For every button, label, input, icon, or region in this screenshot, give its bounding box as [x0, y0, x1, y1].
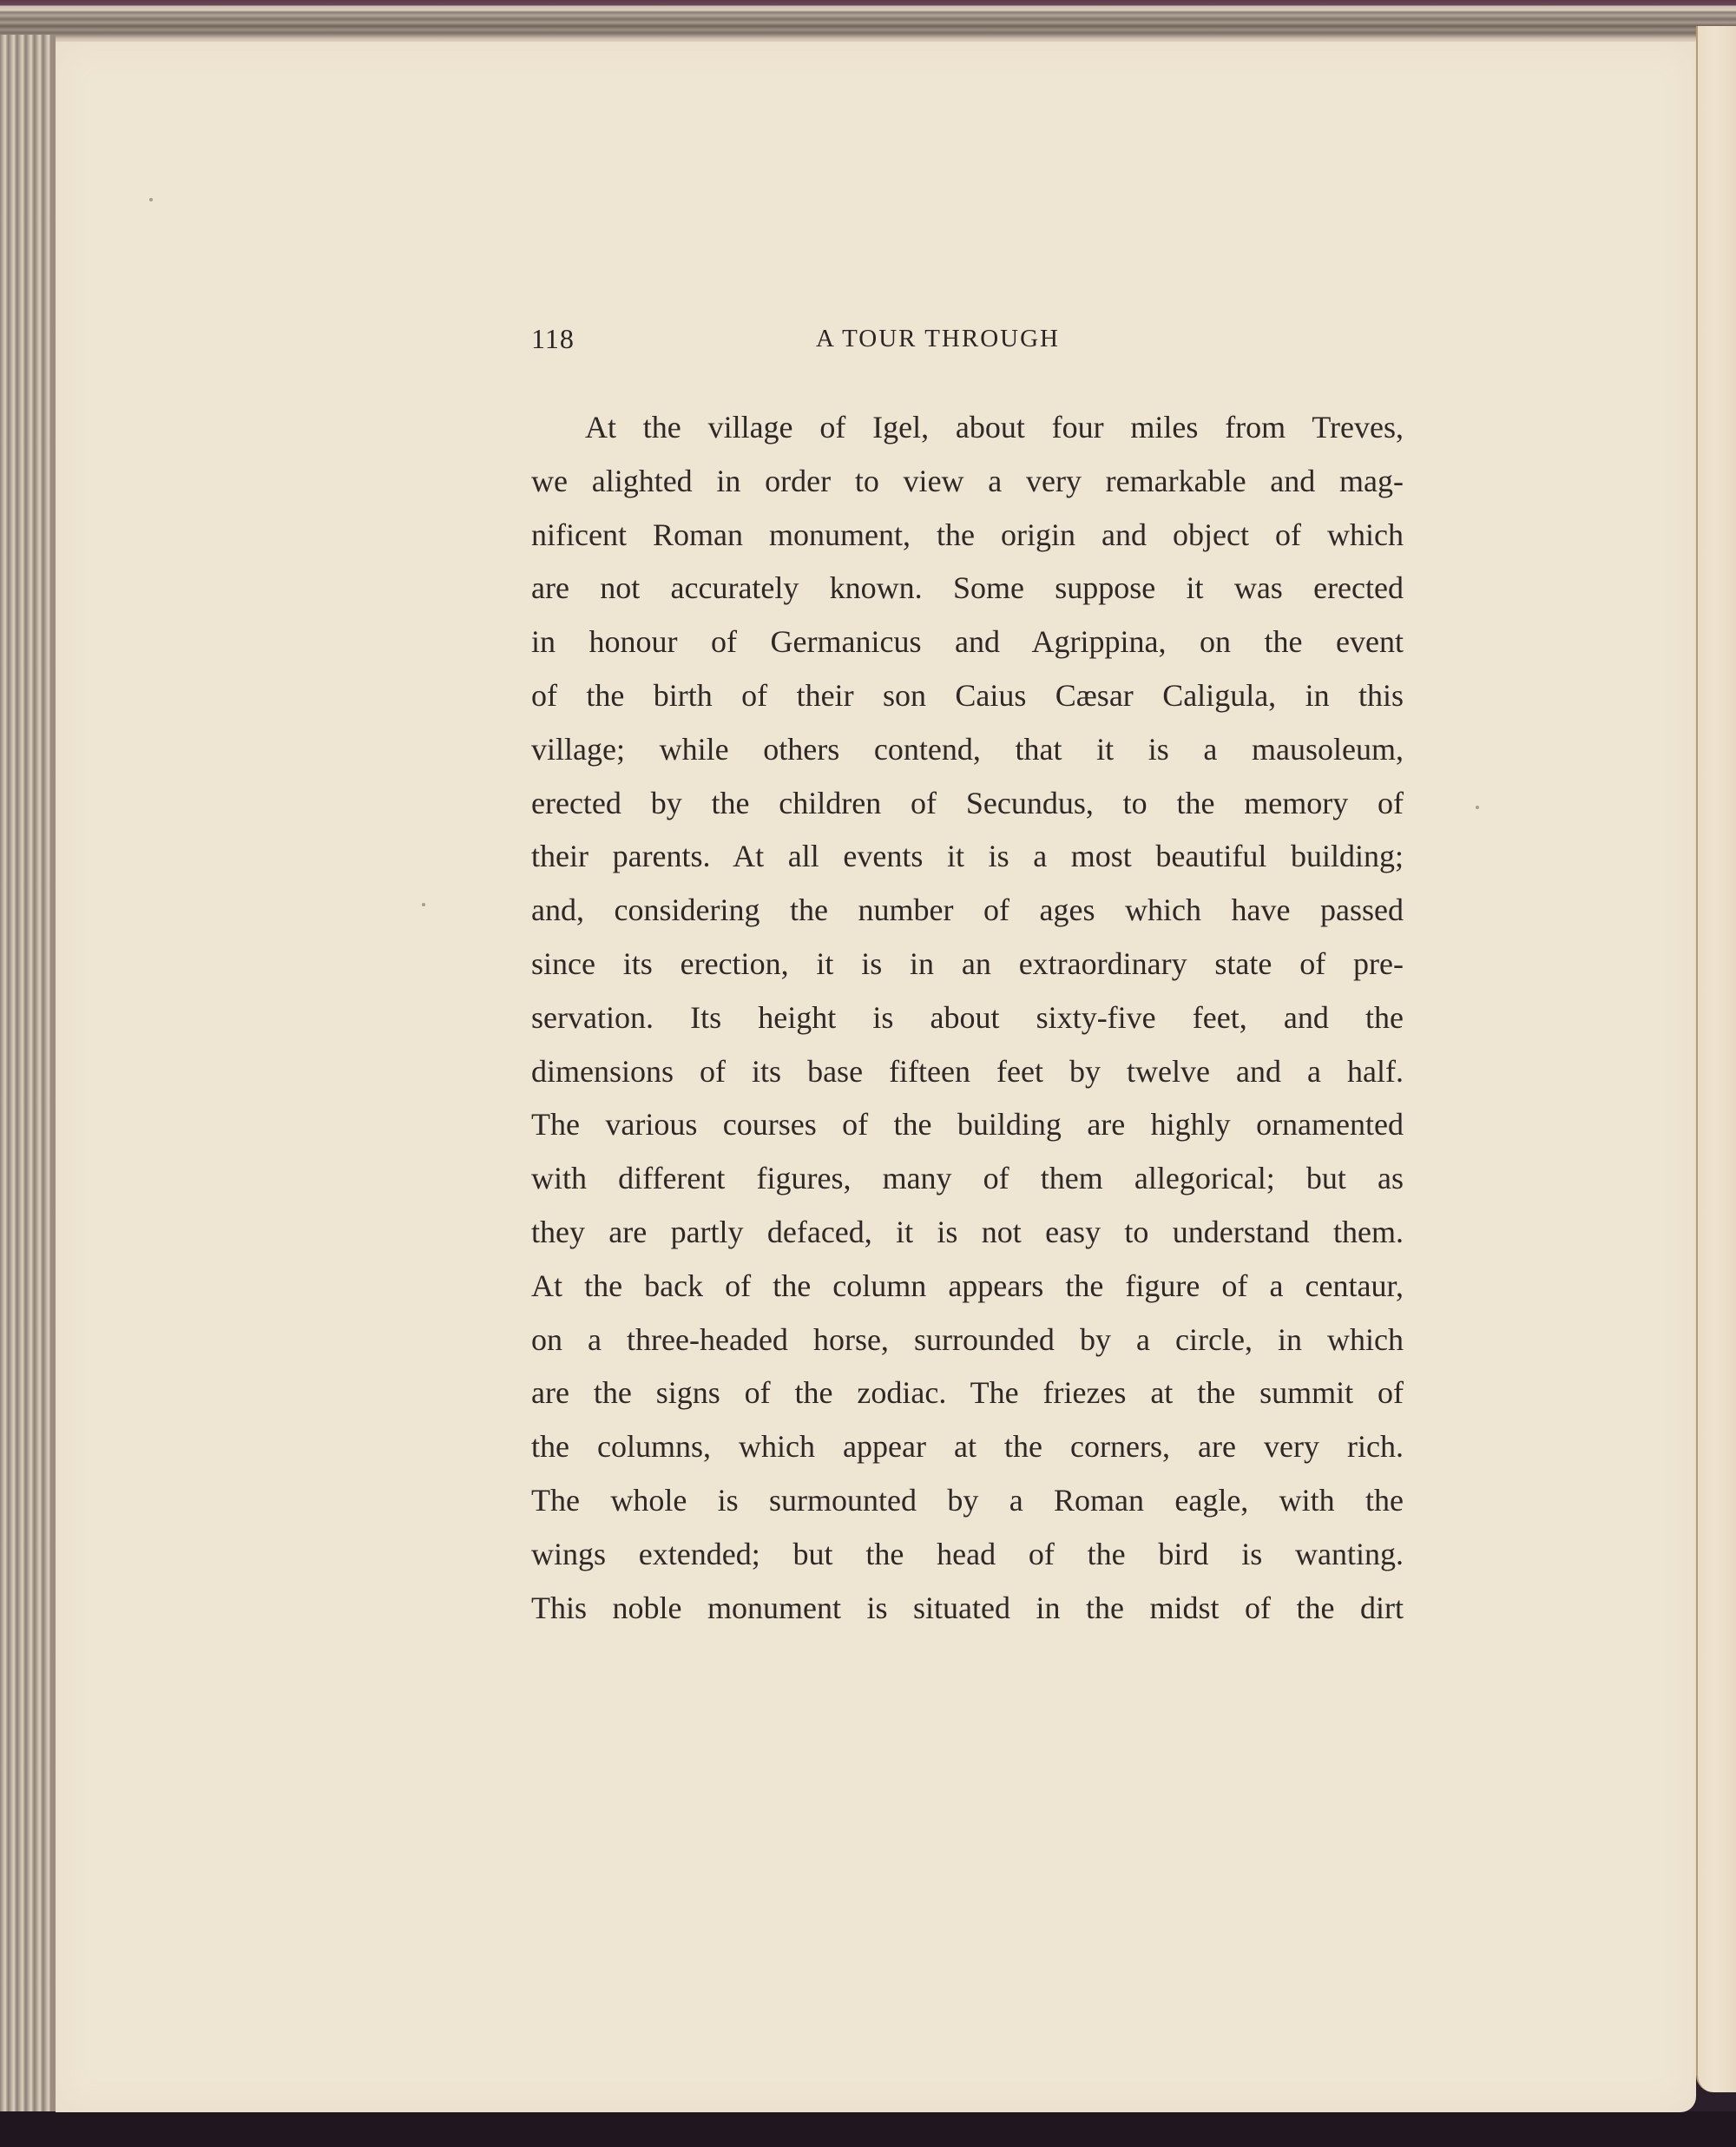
text-line: they are partly defaced, it is not easy …: [531, 1206, 1404, 1260]
text-line: nificent Roman monument, the origin and …: [531, 509, 1404, 563]
text-line: The whole is surmounted by a Roman eagle…: [531, 1474, 1404, 1528]
text-line: their parents. At all events it is a mos…: [531, 830, 1404, 884]
paper-speck: [422, 903, 425, 906]
text-line: are not accurately known. Some suppose i…: [531, 562, 1404, 616]
text-line: This noble monument is situated in the m…: [531, 1582, 1404, 1636]
right-page-edge: [1696, 26, 1736, 2092]
text-line: are the signs of the zodiac. The friezes…: [531, 1367, 1404, 1420]
text-line: on a three-headed horse, surrounded by a…: [531, 1314, 1404, 1367]
running-head-title: A TOUR THROUGH: [816, 325, 1060, 353]
text-line: erected by the children of Secundus, to …: [531, 777, 1404, 831]
body-paragraph: At the village of Igel, about four miles…: [531, 401, 1404, 1635]
running-head: 118 A TOUR THROUGH: [531, 323, 1404, 358]
text-line: The various courses of the building are …: [531, 1098, 1404, 1152]
page-number: 118: [531, 323, 575, 355]
text-line: of the birth of their son Caius Cæsar Ca…: [531, 669, 1404, 723]
text-line: we alighted in order to view a very rema…: [531, 455, 1404, 509]
text-line: village; while others contend, that it i…: [531, 723, 1404, 777]
text-line: servation. Its height is about sixty-fiv…: [531, 991, 1404, 1045]
text-line: with different figures, many of them all…: [531, 1152, 1404, 1206]
text-line: dimensions of its base fifteen feet by t…: [531, 1045, 1404, 1099]
text-line: wings extended; but the head of the bird…: [531, 1528, 1404, 1582]
left-page-edges: [0, 35, 56, 2127]
book-top-edge: [0, 0, 1736, 43]
paper-speck: [1476, 806, 1479, 809]
bottom-background: [0, 2111, 1736, 2147]
text-line: and, considering the number of ages whic…: [531, 884, 1404, 938]
text-line: since its erection, it is in an extraord…: [531, 938, 1404, 991]
text-line: At the back of the column appears the fi…: [531, 1260, 1404, 1314]
paper-speck: [149, 198, 153, 201]
text-line: the columns, which appear at the corners…: [531, 1420, 1404, 1474]
text-line: At the village of Igel, about four miles…: [531, 401, 1404, 455]
text-line: in honour of Germanicus and Agrippina, o…: [531, 616, 1404, 669]
